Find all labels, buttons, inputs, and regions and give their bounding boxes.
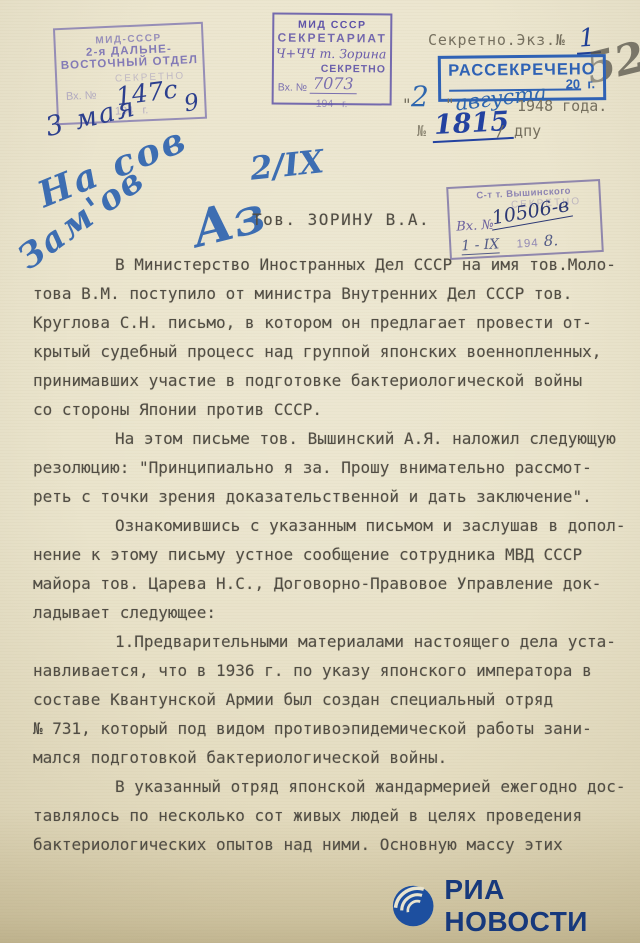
body-line: В Министерство Иностранных Дел СССР на и… <box>33 250 623 279</box>
body-line: составе Квантунской Армии был создан спе… <box>33 685 623 714</box>
stamp-year-template: 194 г. <box>274 97 390 110</box>
document-page: МИД-СССР 2-я ДАЛЬНЕ- ВОСТОЧНЫЙ ОТДЕЛ СЕК… <box>0 0 640 943</box>
body-line: со стороны Японии против СССР. <box>33 395 623 424</box>
incoming-number-row: Вх. № 7073 <box>274 75 390 95</box>
body-line: бактериологических опытов над ними. Осно… <box>33 830 623 859</box>
stamp-year-handwritten: 8. <box>543 231 558 250</box>
stamp-org-line: МИД СССР <box>274 18 390 31</box>
ria-watermark: РИА НОВОСТИ <box>392 874 640 938</box>
resolution-date-handwriting: 2/IX <box>248 142 325 188</box>
stamp-year-template: 194 <box>516 237 539 250</box>
stamp-addressee-handwritten: Ч+ЧЧ т. Зорина <box>274 45 390 61</box>
body-line: резолюцию: "Принципиально я за. Прошу вн… <box>33 453 623 482</box>
incoming-number-handwritten: 7073 <box>310 74 357 94</box>
body-line: нение к этому письму устное сообщение со… <box>33 540 623 569</box>
number-sign-typed: № <box>417 122 426 140</box>
stamp-secretariat: МИД СССР СЕКРЕТАРИАТ Ч+ЧЧ т. Зорина СЕКР… <box>272 12 393 105</box>
ria-watermark-text: РИА НОВОСТИ <box>444 874 640 938</box>
number-suffix-typed: / дпу <box>496 122 541 140</box>
document-body: В Министерство Иностранных Дел СССР на и… <box>33 250 623 859</box>
ria-logo-icon <box>392 883 434 929</box>
declassified-year-suffix: 20 г. <box>566 76 596 91</box>
body-line: навливается, что в 1936 г. по указу япон… <box>33 656 623 685</box>
addressee-line: Тов. ЗОРИНУ В.А. <box>252 210 430 229</box>
body-line: това В.М. поступило от министра Внутренн… <box>33 279 623 308</box>
stamp-dept-line: СЕКРЕТАРИАТ <box>274 30 390 45</box>
date-year-typed: 1948 года. <box>517 97 607 115</box>
stamp-vyshinsky-secretariat: С-т т. Вышинского СЕКРЕТНО Вх. № 10506-в… <box>446 179 604 260</box>
date-day-handwritten: 2 <box>411 80 429 113</box>
body-line: тавлялось по несколько сот живых людей в… <box>33 801 623 830</box>
body-line: реть с точки зрения доказательственной и… <box>33 482 623 511</box>
secrecy-copy-line: Секретно.Экз.№ <box>428 31 566 49</box>
body-line: мался подготовкой бактериологической вой… <box>33 743 623 772</box>
body-line: майора тов. Царева Н.С., Договорно-Право… <box>33 569 623 598</box>
body-line: На этом письме тов. Вышинский А.Я. налож… <box>33 424 623 453</box>
body-line: принимавших участие в подготовке бактери… <box>33 366 623 395</box>
body-line: В указанный отряд японской жандармерией … <box>33 772 623 801</box>
body-line: № 731, который под видом противоэпидемич… <box>33 714 623 743</box>
body-line: крытый судебный процесс над группой япон… <box>33 337 623 366</box>
body-line: Ознакомившись с указанным письмом и засл… <box>33 511 623 540</box>
stamp-far-east-dept: МИД-СССР 2-я ДАЛЬНЕ- ВОСТОЧНЫЙ ОТДЕЛ СЕК… <box>53 22 207 125</box>
body-line: Круглова С.Н. письмо, в котором он предл… <box>33 308 623 337</box>
body-line: 1.Предварительными материалами настоящег… <box>33 627 623 656</box>
body-line: ладывает следующее: <box>33 598 623 627</box>
incoming-number-label: Вх. № <box>278 82 307 94</box>
